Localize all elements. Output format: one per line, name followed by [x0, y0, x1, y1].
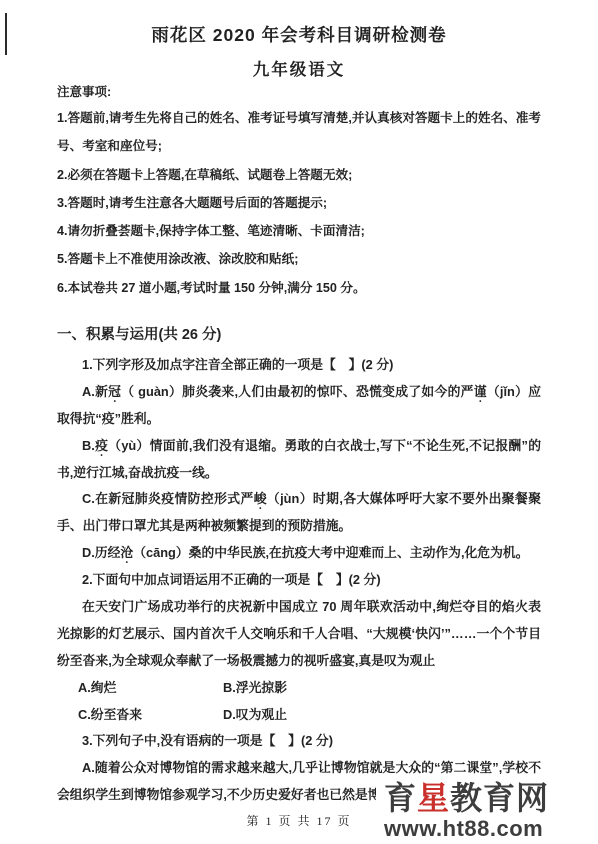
page-subtitle: 九年级语文	[0, 58, 598, 82]
watermark: 育星教育网 www.ht88.com	[376, 778, 598, 841]
section-heading: 一、积累与运用(共 26 分)	[57, 325, 221, 345]
notice-line: 号、考室和座位号;	[57, 132, 541, 160]
text-line: C.在新冠肺炎疫情防控形式严峻（jùn）时期,各大媒体呼吁大家不要外出聚餐聚会,…	[57, 486, 541, 513]
text-line: D.历经沧（cāng）桑的中华民族,在抗疫大考中迎难而上、主动作为,化危为机。	[57, 540, 541, 567]
option-row: A.绚烂B.浮光掠影	[57, 675, 541, 702]
emphasized-char: 沧	[120, 545, 133, 560]
emphasized-char: 疫	[95, 438, 108, 453]
notice-line: 6.本试卷共 27 道小题,考试时量 150 分钟,满分 150 分。	[57, 274, 541, 302]
option-cell: C.纷至沓来	[78, 702, 223, 729]
watermark-logo: 育星教育网	[384, 780, 596, 816]
text-line: 取得抗“疫”胜利。	[57, 406, 541, 433]
emphasized-char: 冠	[108, 384, 121, 399]
option-cell: A.绚烂	[78, 675, 223, 702]
watermark-url: www.ht88.com	[384, 816, 596, 841]
text-line: 3.下列句子中,没有语病的一项是【 】(2 分)	[57, 728, 541, 755]
text-line: 书,逆行江城,奋战抗疫一线。	[57, 460, 541, 487]
notice-line: 2.必须在答题卡上答题,在草稿纸、试题卷上答题无效;	[57, 161, 541, 189]
text-segment: D.历经	[82, 545, 120, 560]
text-line: 1.下列字形及加点字注音全部正确的一项是【 】(2 分)	[57, 352, 541, 379]
notice-line: 3.答题时,请考生注意各大题题号后面的答题提示;	[57, 189, 541, 217]
text-segment: A.新	[82, 384, 108, 399]
watermark-logo-part1: 育	[384, 780, 417, 816]
text-segment: C.在新冠肺炎疫情防控形式严	[82, 491, 254, 506]
text-segment: （yù）情面前,我们没有退缩。勇敢的白衣战士,写下“不论生死,不记报酬”的请战	[82, 438, 541, 460]
text-line: 在天安门广场成功举行的庆祝新中国成立 70 周年联欢活动中,绚烂夺目的焰火表演、…	[57, 594, 541, 621]
text-line: 手、出门带口罩尤其是两种被频繁提到的预防措施。	[57, 513, 541, 540]
text-segment: （ guàn）肺炎袭来,人们由最初的惊吓、恐慌变成了如今的严	[121, 384, 473, 399]
notice-line: 1.答题前,请考生先将自己的姓名、准考证号填写清楚,并认真核对答题卡上的姓名、准…	[57, 104, 541, 132]
page-title: 雨花区 2020 年会考科目调研检测卷	[0, 22, 598, 48]
text-line: 2.下面句中加点词语运用不正确的一项是【 】(2 分)	[57, 567, 541, 594]
text-line: A.新冠（ guàn）肺炎袭来,人们由最初的惊吓、恐慌变成了如今的严谨（jǐn）…	[57, 379, 541, 406]
watermark-logo-part3: 教育网	[450, 780, 549, 816]
notice-line: 5.答题卡上不准使用涂改液、涂改胶和贴纸;	[57, 245, 541, 273]
notice-lines: 1.答题前,请考生先将自己的姓名、准考证号填写清楚,并认真核对答题卡上的姓名、准…	[57, 104, 541, 302]
text-line: B.疫（yù）情面前,我们没有退缩。勇敢的白衣战士,写下“不论生死,不记报酬”的…	[57, 433, 541, 460]
option-cell: B.浮光掠影	[223, 680, 287, 695]
option-cell: D.叹为观止	[223, 707, 287, 722]
watermark-logo-star: 星	[417, 780, 450, 816]
question-body: 1.下列字形及加点字注音全部正确的一项是【 】(2 分)A.新冠（ guàn）肺…	[57, 352, 541, 809]
exam-paper-page: 雨花区 2020 年会考科目调研检测卷 九年级语文 注意事项: 1.答题前,请考…	[0, 0, 598, 844]
text-segment: （cāng）桑的中华民族,在抗疫大考中迎难而上、主动作为,化危为机。	[133, 545, 528, 560]
text-line: 光掠影的灯艺展示、国内首次千人交响乐和千人合唱、“大规模‘快闪’”……一个个节目	[57, 621, 541, 648]
text-segment: B.	[82, 438, 95, 453]
emphasized-char: 峻	[254, 491, 267, 506]
text-line: 纷至沓来,为全球观众奉献了一场极震撼力的视听盛宴,真是叹为观止	[57, 648, 541, 675]
notice-line: 4.请勿折叠荟题卡,保持字体工整、笔迹清晰、卡面清洁;	[57, 217, 541, 245]
emphasized-char: 谨	[474, 384, 487, 399]
notice-heading: 注意事项:	[57, 83, 111, 101]
option-row: C.纷至沓来D.叹为观止	[57, 702, 541, 729]
